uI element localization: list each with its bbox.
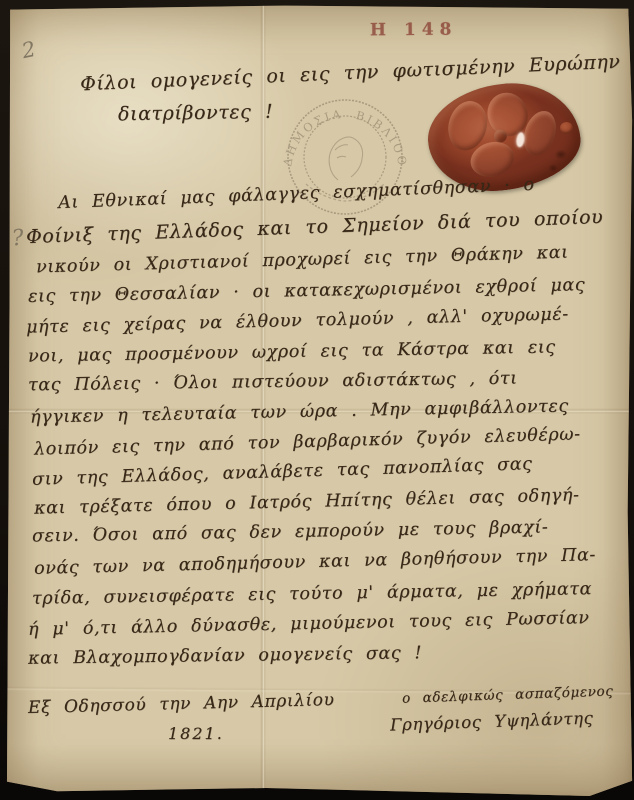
svg-text:ΔΗΜΟΣΙΑ ΒΙΒΛΙΟΘ: ΔΗΜΟΣΙΑ ΒΙΒΛΙΟΘ	[280, 107, 410, 175]
handwritten-line: μήτε εις χείρας να έλθουν τολμούν , αλλ'…	[26, 304, 569, 337]
handwritten-line: και Βλαχομπογδανίαν ομογενείς σας !	[28, 643, 422, 669]
handwritten-line: τας Πόλεις · Όλοι πιστεύουν αδιστάκτως ,…	[28, 369, 518, 396]
stamp-word-left: ΔΗΜΟΣΙΑ	[280, 107, 344, 168]
handwritten-line: εις την Θεσσαλίαν · οι κατακεχωρισμένοι …	[28, 275, 586, 307]
handwritten-line: και τρέξατε όπου ο Ιατρός Ηπίτης θέλει σ…	[34, 485, 580, 518]
handwritten-line: ή μ' ό,τι άλλο δύνασθε, μιμούμενοι τους …	[28, 608, 590, 640]
handwritten-line: νικούν οι Χριστιανοί προχωρεί εις την Θρ…	[36, 243, 569, 278]
signature-closing: ο αδελφικώς ασπαζόμενος	[402, 683, 614, 706]
signature-name: Γρηγόριος Υψηλάντης	[390, 708, 594, 734]
wax-seal-center-boss	[493, 129, 507, 143]
handwritten-line: ονάς των να αποδημήσουν και να βοηθήσουν…	[34, 545, 596, 579]
dateline-year: 1821.	[168, 724, 224, 743]
pencil-question-mark: ?	[11, 225, 25, 251]
handwritten-line: σιν της Ελλάδος, αναλάβετε τας πανοπλίας…	[32, 454, 533, 490]
handwritten-line: διατρίβοντες !	[118, 101, 274, 126]
handwritten-line: τρίδα, συνεισφέρατε εις τούτο μ' άρματα,…	[32, 579, 592, 609]
wax-drop	[560, 122, 573, 134]
handwritten-line: νοι, μας προσμένουν ωχροί εις τα Κάστρα …	[28, 337, 556, 366]
stamp-head-profile	[329, 137, 362, 180]
handwritten-line: σειν. Όσοι από σας δεν εμπορούν με τους …	[32, 517, 549, 546]
pencil-numeral: 2	[20, 37, 38, 63]
handwritten-line: ήγγικεν η τελευταία των ώρα . Μην αμφιβά…	[30, 396, 569, 427]
photograph-background: 2 ? H 148 ΔΗΜΟΣΙΑ ΒΙΒΛΙΟΘ Φίλοι ομογ	[0, 0, 634, 800]
archive-number-stamp: H 148	[370, 20, 458, 41]
letter-paper: 2 ? H 148 ΔΗΜΟΣΙΑ ΒΙΒΛΙΟΘ Φίλοι ομογ	[0, 0, 634, 800]
dateline-place: Εξ Οδησσού την Αην Απριλίου	[28, 690, 335, 718]
